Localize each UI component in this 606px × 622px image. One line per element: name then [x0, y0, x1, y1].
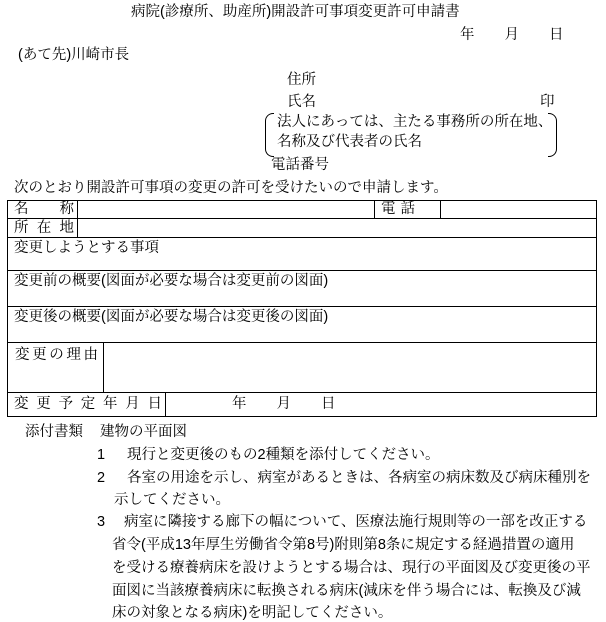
phone-number-label: 電話番号 [271, 157, 329, 174]
scheduled-date-value-cell[interactable]: 年 月 日 [166, 393, 596, 416]
date-day-label: 日 [549, 27, 564, 44]
after-summary-cell[interactable]: 変更後の概要(図面が必要な場合は変更後の図面) [8, 307, 596, 342]
table-row-location: 所在地 [8, 219, 596, 238]
attachments-title: 建物の平面図 [100, 424, 187, 440]
note-3-line-3: を受ける療養病床を設けようとする場合は、現行の平面図及び変更後の平 [112, 560, 591, 577]
note-2-line-1: 各室の用途を示し、病室があるときは、各病室の病床数及び病床種別を [127, 470, 591, 487]
phone-label-cell: 電話 [375, 201, 441, 218]
addressee-line: (あて先)川崎市長 [18, 47, 129, 64]
corporate-note-line1: 法人にあっては、主たる事務所の所在地、 [277, 114, 552, 131]
name-label: 氏名 [287, 94, 316, 111]
phone-value-cell[interactable] [441, 201, 596, 218]
table-row-after: 変更後の概要(図面が必要な場合は変更後の図面) [8, 307, 596, 343]
scheduled-date-day-label: 日 [321, 396, 336, 413]
scheduled-date-label-text: 変更予定年月日 [14, 396, 162, 413]
corporate-note-line2: 名称及び代表者の氏名 [277, 134, 422, 151]
address-label: 住所 [287, 72, 316, 89]
note-1-number: 1 [97, 447, 105, 464]
attachments-label: 添付書類 [25, 424, 83, 440]
reason-label-cell: 変更の理由 [8, 343, 104, 392]
location-value-cell[interactable] [78, 219, 596, 237]
name-label-text: 名称 [14, 201, 74, 218]
name-label-cell: 名称 [8, 201, 78, 218]
after-summary-label: 変更後の概要(図面が必要な場合は変更後の図面) [14, 309, 328, 325]
note-3-number: 3 [97, 514, 105, 531]
change-items-cell[interactable]: 変更しようとする事項 [8, 238, 596, 270]
date-month-label: 月 [505, 27, 520, 44]
note-3-line-1: 病室に隣接する廊下の幅について、医療法施行規則等の一部を改正する [124, 514, 587, 531]
note-3-line-2: 省令(平成13年厚生労働省令第8号)附則第8条に規定する経過措置の適用 [112, 537, 574, 554]
location-label-cell: 所在地 [8, 219, 78, 237]
note-1-line-1: 現行と変更後のもの2種類を添付してください。 [127, 447, 440, 464]
before-summary-label: 変更前の概要(図面が必要な場合は変更前の図面) [14, 273, 328, 289]
name-value-cell[interactable] [78, 201, 375, 218]
attachments-line: 添付書類 建物の平面図 [25, 424, 187, 441]
change-items-label: 変更しようとする事項 [14, 240, 159, 256]
intro-sentence: 次のとおり開設許可事項の変更の許可を受けたいので申請します。 [14, 180, 448, 197]
note-2-line-2: 示してください。 [114, 492, 230, 509]
corporate-note-bracket-right [548, 113, 557, 157]
location-label-text: 所在地 [14, 220, 74, 237]
note-2-number: 2 [97, 470, 105, 487]
form-table: 名称 電話 所在地 変更しようとする事項 変更前の概要(図面が必要な場合は変更前… [7, 200, 597, 417]
scheduled-date-label-cell: 変更予定年月日 [8, 393, 166, 416]
scheduled-date-year-label: 年 [232, 396, 247, 413]
note-3-line-4: 面図に当該療養病床に転換される病床(減床を伴う場合には、転換及び減 [112, 583, 581, 600]
reason-value-cell[interactable] [104, 343, 596, 392]
form-title: 病院(診療所、助産所)開設許可事項変更許可申請書 [131, 4, 460, 21]
corporate-note-bracket-left [265, 113, 274, 157]
scheduled-date-month-label: 月 [277, 396, 292, 413]
table-row-before: 変更前の概要(図面が必要な場合は変更前の図面) [8, 271, 596, 307]
note-3-line-5: 床の対象となる病床)を明記してください。 [112, 605, 392, 622]
date-year-label: 年 [460, 27, 475, 44]
application-date-line: 年 月 日 [460, 27, 564, 44]
table-row-scheduled-date: 変更予定年月日 年 月 日 [8, 393, 596, 416]
table-row-change-items: 変更しようとする事項 [8, 238, 596, 271]
table-row-name: 名称 電話 [8, 201, 596, 219]
reason-label-text: 変更の理由 [15, 347, 98, 364]
table-row-reason: 変更の理由 [8, 343, 596, 393]
application-form-page: 病院(診療所、助産所)開設許可事項変更許可申請書 年 月 日 (あて先)川崎市長… [0, 0, 606, 622]
seal-label: 印 [540, 94, 555, 111]
before-summary-cell[interactable]: 変更前の概要(図面が必要な場合は変更前の図面) [8, 271, 596, 306]
